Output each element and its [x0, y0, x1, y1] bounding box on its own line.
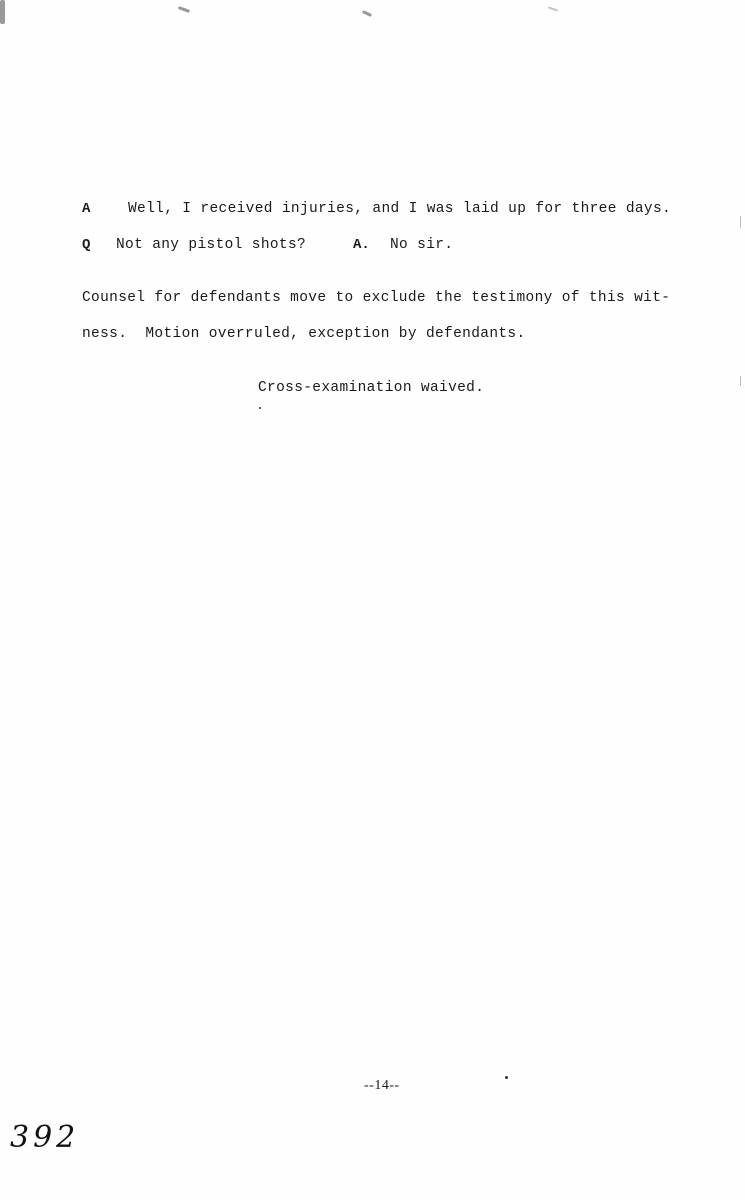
document-page: A Well, I received injuries, and I was l…	[0, 0, 745, 1200]
cross-examination-note: Cross-examination waived.	[258, 379, 484, 397]
scan-artifact-right-1	[740, 216, 741, 228]
page-number: --14--	[364, 1078, 400, 1094]
stray-mark-2	[505, 1076, 508, 1079]
scan-artifact-top-2	[362, 10, 372, 17]
question-text: Not any pistol shots?	[116, 236, 306, 254]
speaker-label-answer: A	[82, 201, 90, 217]
scan-artifact-left-edge	[0, 0, 5, 24]
speaker-label-question: Q	[82, 237, 90, 253]
stray-mark	[259, 407, 261, 409]
handwritten-folio-number: 392	[10, 1120, 79, 1155]
answer-text: Well, I received injuries, and I was lai…	[128, 200, 671, 218]
scan-artifact-top-3	[548, 6, 558, 11]
counsel-motion-line-1: Counsel for defendants move to exclude t…	[82, 289, 670, 307]
speaker-label-answer-2: A.	[353, 237, 370, 253]
counsel-motion-line-2: ness. Motion overruled, exception by def…	[82, 325, 526, 343]
scan-artifact-right-2	[740, 376, 741, 386]
answer-text-2: No sir.	[390, 236, 453, 254]
scan-artifact-top-1	[178, 6, 190, 13]
